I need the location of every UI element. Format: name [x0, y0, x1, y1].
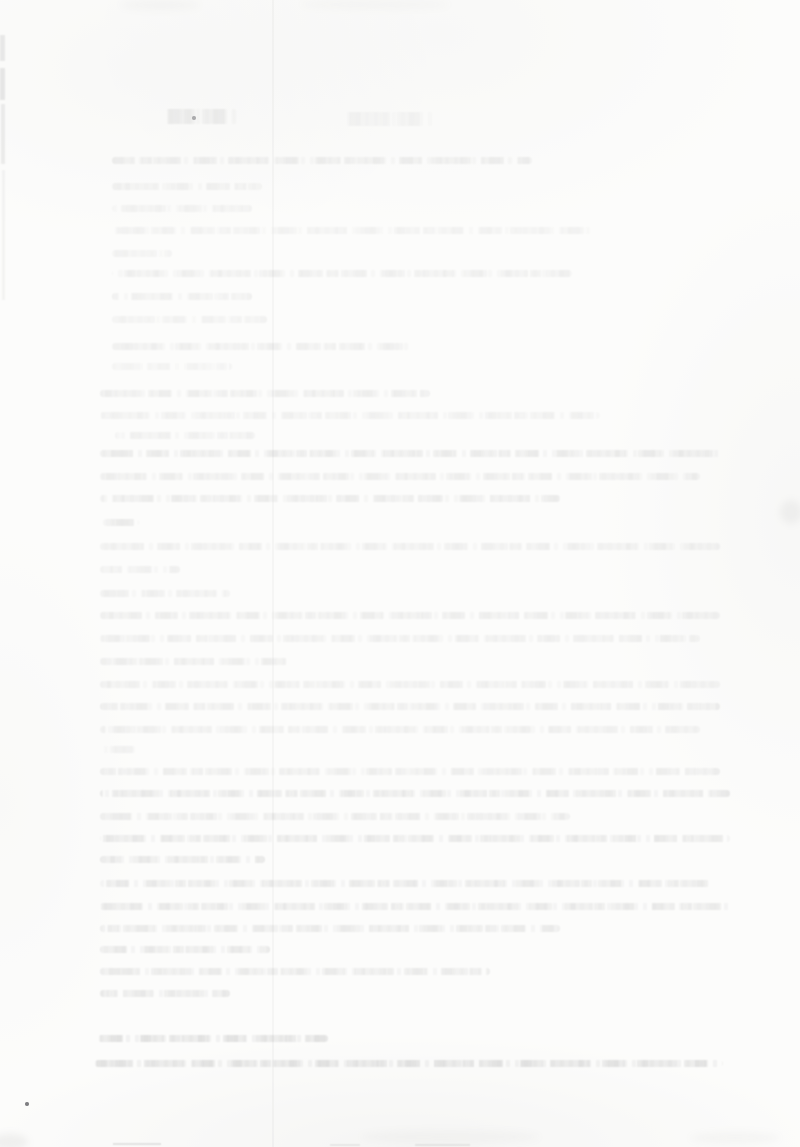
faded-text-line	[103, 519, 139, 526]
faded-text-line	[100, 590, 230, 597]
faded-text-line	[100, 835, 730, 842]
faded-text-line	[112, 227, 592, 234]
faded-text-line	[115, 432, 255, 439]
faded-text-line	[100, 412, 600, 419]
ink-dot	[25, 1102, 29, 1106]
bottom-edge-dash	[113, 1143, 161, 1145]
faded-text-line	[100, 746, 136, 753]
scanned-document-page	[0, 0, 800, 1147]
left-edge-scan-streak	[1, 104, 5, 164]
faded-text-line	[112, 363, 232, 370]
faded-text-line	[100, 658, 290, 665]
title-ink-dot	[192, 116, 196, 120]
edge-smudge	[690, 1132, 780, 1144]
faded-text-line	[100, 635, 700, 642]
faded-text-line	[100, 790, 730, 797]
faded-text-line	[100, 880, 710, 887]
left-edge-scan-streak	[2, 170, 5, 300]
faded-text-line	[112, 183, 262, 190]
faded-text-line	[100, 703, 720, 710]
faded-text-line	[98, 1035, 328, 1042]
faded-text-line	[100, 968, 490, 975]
faded-text-line	[100, 990, 230, 997]
faded-text-line	[95, 1060, 723, 1067]
faded-text-line	[112, 270, 572, 277]
faded-text-line	[100, 473, 700, 480]
faded-text-line	[100, 856, 265, 863]
faded-title-mark	[163, 109, 237, 124]
faded-text-line	[112, 157, 532, 164]
faded-text-line	[100, 612, 720, 619]
faded-text-line	[100, 543, 720, 550]
faded-text-line	[100, 726, 700, 733]
left-edge-scan-streak	[0, 35, 5, 61]
left-edge-scan-streak	[0, 68, 5, 100]
faded-text-line	[112, 250, 172, 257]
faded-text-line	[100, 390, 430, 397]
faded-text-line	[112, 343, 412, 350]
scanned-document-screenshot	[0, 0, 800, 1147]
edge-smudge	[120, 0, 200, 10]
faded-text-line	[100, 566, 180, 573]
edge-smudge	[0, 1134, 28, 1147]
faded-text-line	[100, 450, 720, 457]
faded-text-line	[100, 681, 720, 688]
faded-title-mark	[345, 112, 433, 126]
faded-text-line	[100, 768, 720, 775]
faded-text-line	[100, 946, 270, 953]
faded-text-line	[112, 316, 267, 323]
edge-smudge	[360, 1130, 540, 1144]
bottom-edge-dash	[330, 1144, 360, 1146]
faded-text-line	[112, 205, 252, 212]
faded-text-line	[100, 495, 560, 502]
bottom-edge-dash	[415, 1144, 470, 1146]
faded-text-line	[100, 925, 560, 932]
edge-smudge	[780, 500, 800, 524]
faded-text-line	[100, 813, 570, 820]
faded-text-line	[100, 903, 730, 910]
faded-text-line	[112, 293, 252, 300]
edge-smudge	[300, 0, 450, 9]
